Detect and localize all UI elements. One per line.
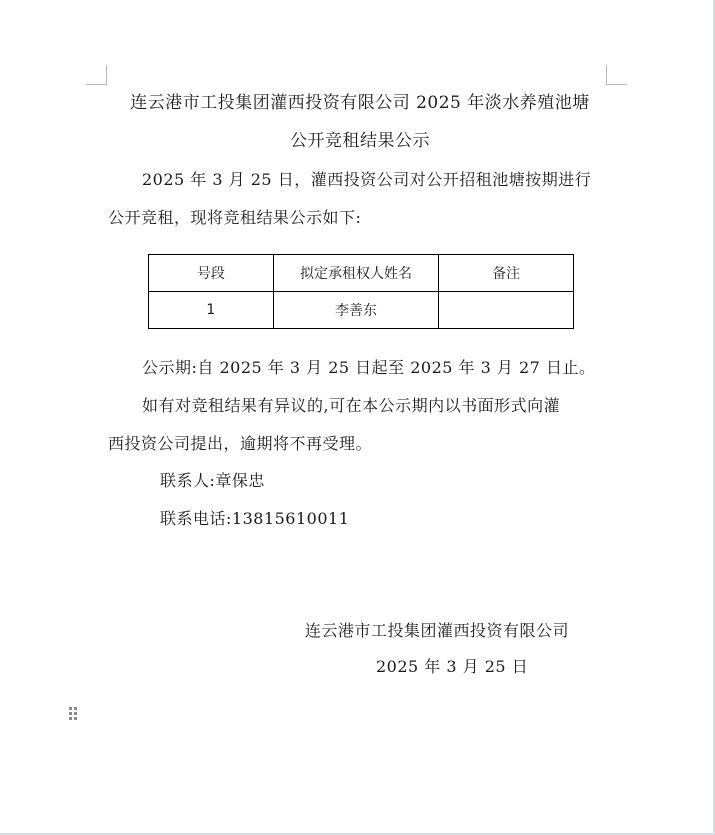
contact-person: 联系人:章保忠 bbox=[160, 471, 265, 491]
objection-line-2: 西投资公司提出，逾期将不再受理。 bbox=[108, 434, 372, 454]
table-header-row: 号段 拟定承租权人姓名 备注 bbox=[149, 255, 574, 292]
result-table: 号段 拟定承租权人姓名 备注 1 李善东 bbox=[148, 254, 574, 329]
header-lessee-name: 拟定承租权人姓名 bbox=[273, 255, 439, 292]
margin-corner-top-right bbox=[606, 65, 627, 85]
cell-lessee-name: 李善东 bbox=[273, 292, 439, 329]
intro-paragraph-line-1: 2025 年 3 月 25 日，灌西投资公司对公开招租池塘按期进行 bbox=[142, 170, 591, 190]
signature-date: 2025 年 3 月 25 日 bbox=[376, 657, 528, 677]
signature-organization: 连云港市工投集团灌西投资有限公司 bbox=[305, 621, 569, 641]
margin-corner-top-left bbox=[86, 65, 107, 85]
document-title-line-1: 连云港市工投集团灌西投资有限公司 2025 年淡水养殖池塘 bbox=[100, 93, 620, 113]
drag-grip-icon[interactable] bbox=[69, 707, 78, 721]
cell-segment: 1 bbox=[149, 292, 274, 329]
header-segment: 号段 bbox=[149, 255, 274, 292]
intro-paragraph-line-2: 公开竞租，现将竞租结果公示如下: bbox=[108, 208, 361, 228]
notice-period: 公示期:自 2025 年 3 月 25 日起至 2025 年 3 月 27 日止… bbox=[142, 358, 595, 378]
objection-line-1: 如有对竞租结果有异议的,可在本公示期内以书面形式向灌 bbox=[142, 396, 560, 416]
contact-phone: 联系电话:13815610011 bbox=[160, 509, 349, 529]
header-remarks: 备注 bbox=[439, 255, 574, 292]
document-title-line-2: 公开竞租结果公示 bbox=[100, 131, 620, 151]
table-row: 1 李善东 bbox=[149, 292, 574, 329]
cell-remarks bbox=[439, 292, 574, 329]
